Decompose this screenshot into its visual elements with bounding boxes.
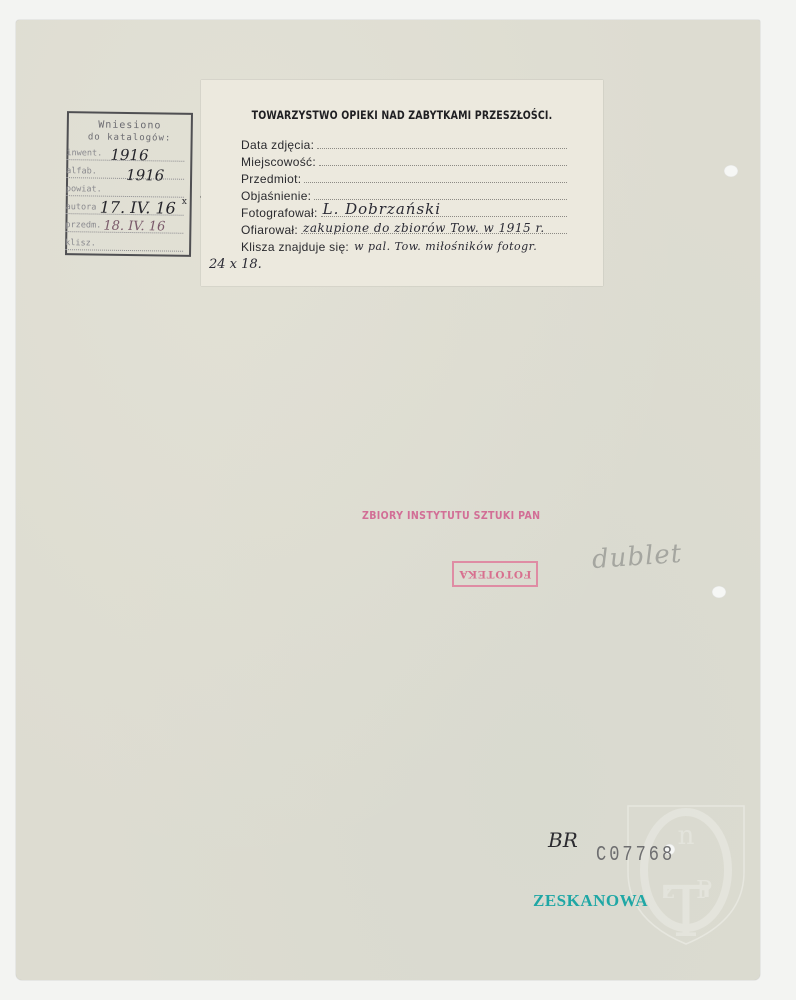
- field-dotted-line: zakupione do zbiorów Tow. w 1915 r.: [301, 233, 567, 234]
- punch-hole: [724, 165, 738, 177]
- field-label: Objaśnienie:: [241, 189, 314, 203]
- field-label: Ofiarował:: [241, 223, 301, 237]
- catalog-row-label: inwent.: [66, 148, 102, 158]
- catalog-row-klisz: klisz.: [65, 235, 183, 252]
- field-label: Fotografował:: [241, 206, 321, 220]
- catalog-row-label: alfab.: [66, 166, 97, 176]
- field-label: Przedmiot:: [241, 172, 304, 186]
- catalog-row-inwent: inwent. 1916: [66, 145, 184, 162]
- field-value: L. Dobrzański: [323, 200, 441, 218]
- catalog-row-przedm: przedm. 18. IV. 16: [65, 217, 183, 234]
- punch-hole: [712, 586, 726, 598]
- society-label-card: TOWARZYSTWO OPIEKI NAD ZABYTKAMI PRZESZŁ…: [201, 80, 603, 286]
- field-label: Klisza znajduje się:: [241, 240, 352, 254]
- catalog-row-label: powiat.: [66, 184, 102, 194]
- svg-text:n: n: [678, 821, 695, 851]
- monogram-watermark-icon: n z P T: [624, 802, 748, 948]
- catalog-row-label: autora: [66, 202, 97, 212]
- scanned-stamp: ZESKANOWA: [533, 891, 648, 911]
- catalog-row-autora: autora 17. IV. 16 x: [66, 199, 184, 216]
- br-handwritten-mark: BR: [548, 828, 578, 852]
- field-value: zakupione do zbiorów Tow. w 1915 r.: [303, 221, 545, 235]
- catalog-row-powiat: powiat.: [66, 181, 184, 198]
- inventory-number: C07768: [596, 844, 675, 868]
- field-przedmiot: Przedmiot:: [241, 170, 567, 186]
- field-klisza: Klisza znajduje się: w pal. Tow. miłośni…: [241, 238, 599, 254]
- fototeka-stamp-text: FOTOTEKA: [459, 568, 532, 580]
- field-dotted-line: [319, 165, 567, 166]
- catalog-row-value: 17. IV. 16: [100, 198, 176, 218]
- field-dotted-line: [317, 148, 567, 149]
- field-miejscowosc: Miejscowość:: [241, 153, 567, 169]
- catalog-stamp-subtitle: do katalogów:: [69, 132, 191, 144]
- field-dotted-line: L. Dobrzański: [321, 216, 567, 217]
- catalog-row-value: 18. IV. 16: [103, 219, 165, 235]
- field-dotted-line: [304, 182, 567, 183]
- pencil-note-dublet: dublet: [591, 539, 683, 575]
- catalog-row-label: klisz.: [65, 238, 96, 248]
- catalog-row-alfab: alfab. 1916: [66, 163, 184, 180]
- field-data-zdjecia: Data zdjęcia:: [241, 136, 567, 152]
- catalog-row-value: 1916: [110, 146, 148, 165]
- field-ofiarowal: Ofiarował: zakupione do zbiorów Tow. w 1…: [241, 221, 567, 237]
- x-mark: x: [182, 197, 187, 207]
- catalog-stamp-title: Wniesiono: [69, 119, 191, 132]
- label-heading: TOWARZYSTWO OPIEKI NAD ZABYTKAMI PRZESZŁ…: [237, 108, 567, 122]
- catalog-row-label: przedm.: [65, 220, 101, 230]
- field-label: Miejscowość:: [241, 155, 319, 169]
- catalog-stamp: Wniesiono do katalogów: inwent. 1916 alf…: [65, 111, 193, 257]
- svg-text:T: T: [663, 871, 710, 948]
- fototeka-stamp: FOTOTEKA: [452, 561, 538, 587]
- field-fotografowal: Fotografował: L. Dobrzański: [241, 204, 567, 220]
- collection-stamp: ZBIORY INSTYTUTU SZTUKI PAN: [362, 510, 540, 522]
- field-label: Data zdjęcia:: [241, 138, 317, 152]
- dimensions-note: 24 x 18.: [209, 257, 262, 272]
- field-value: w pal. Tow. miłośników fotogr.: [354, 240, 537, 253]
